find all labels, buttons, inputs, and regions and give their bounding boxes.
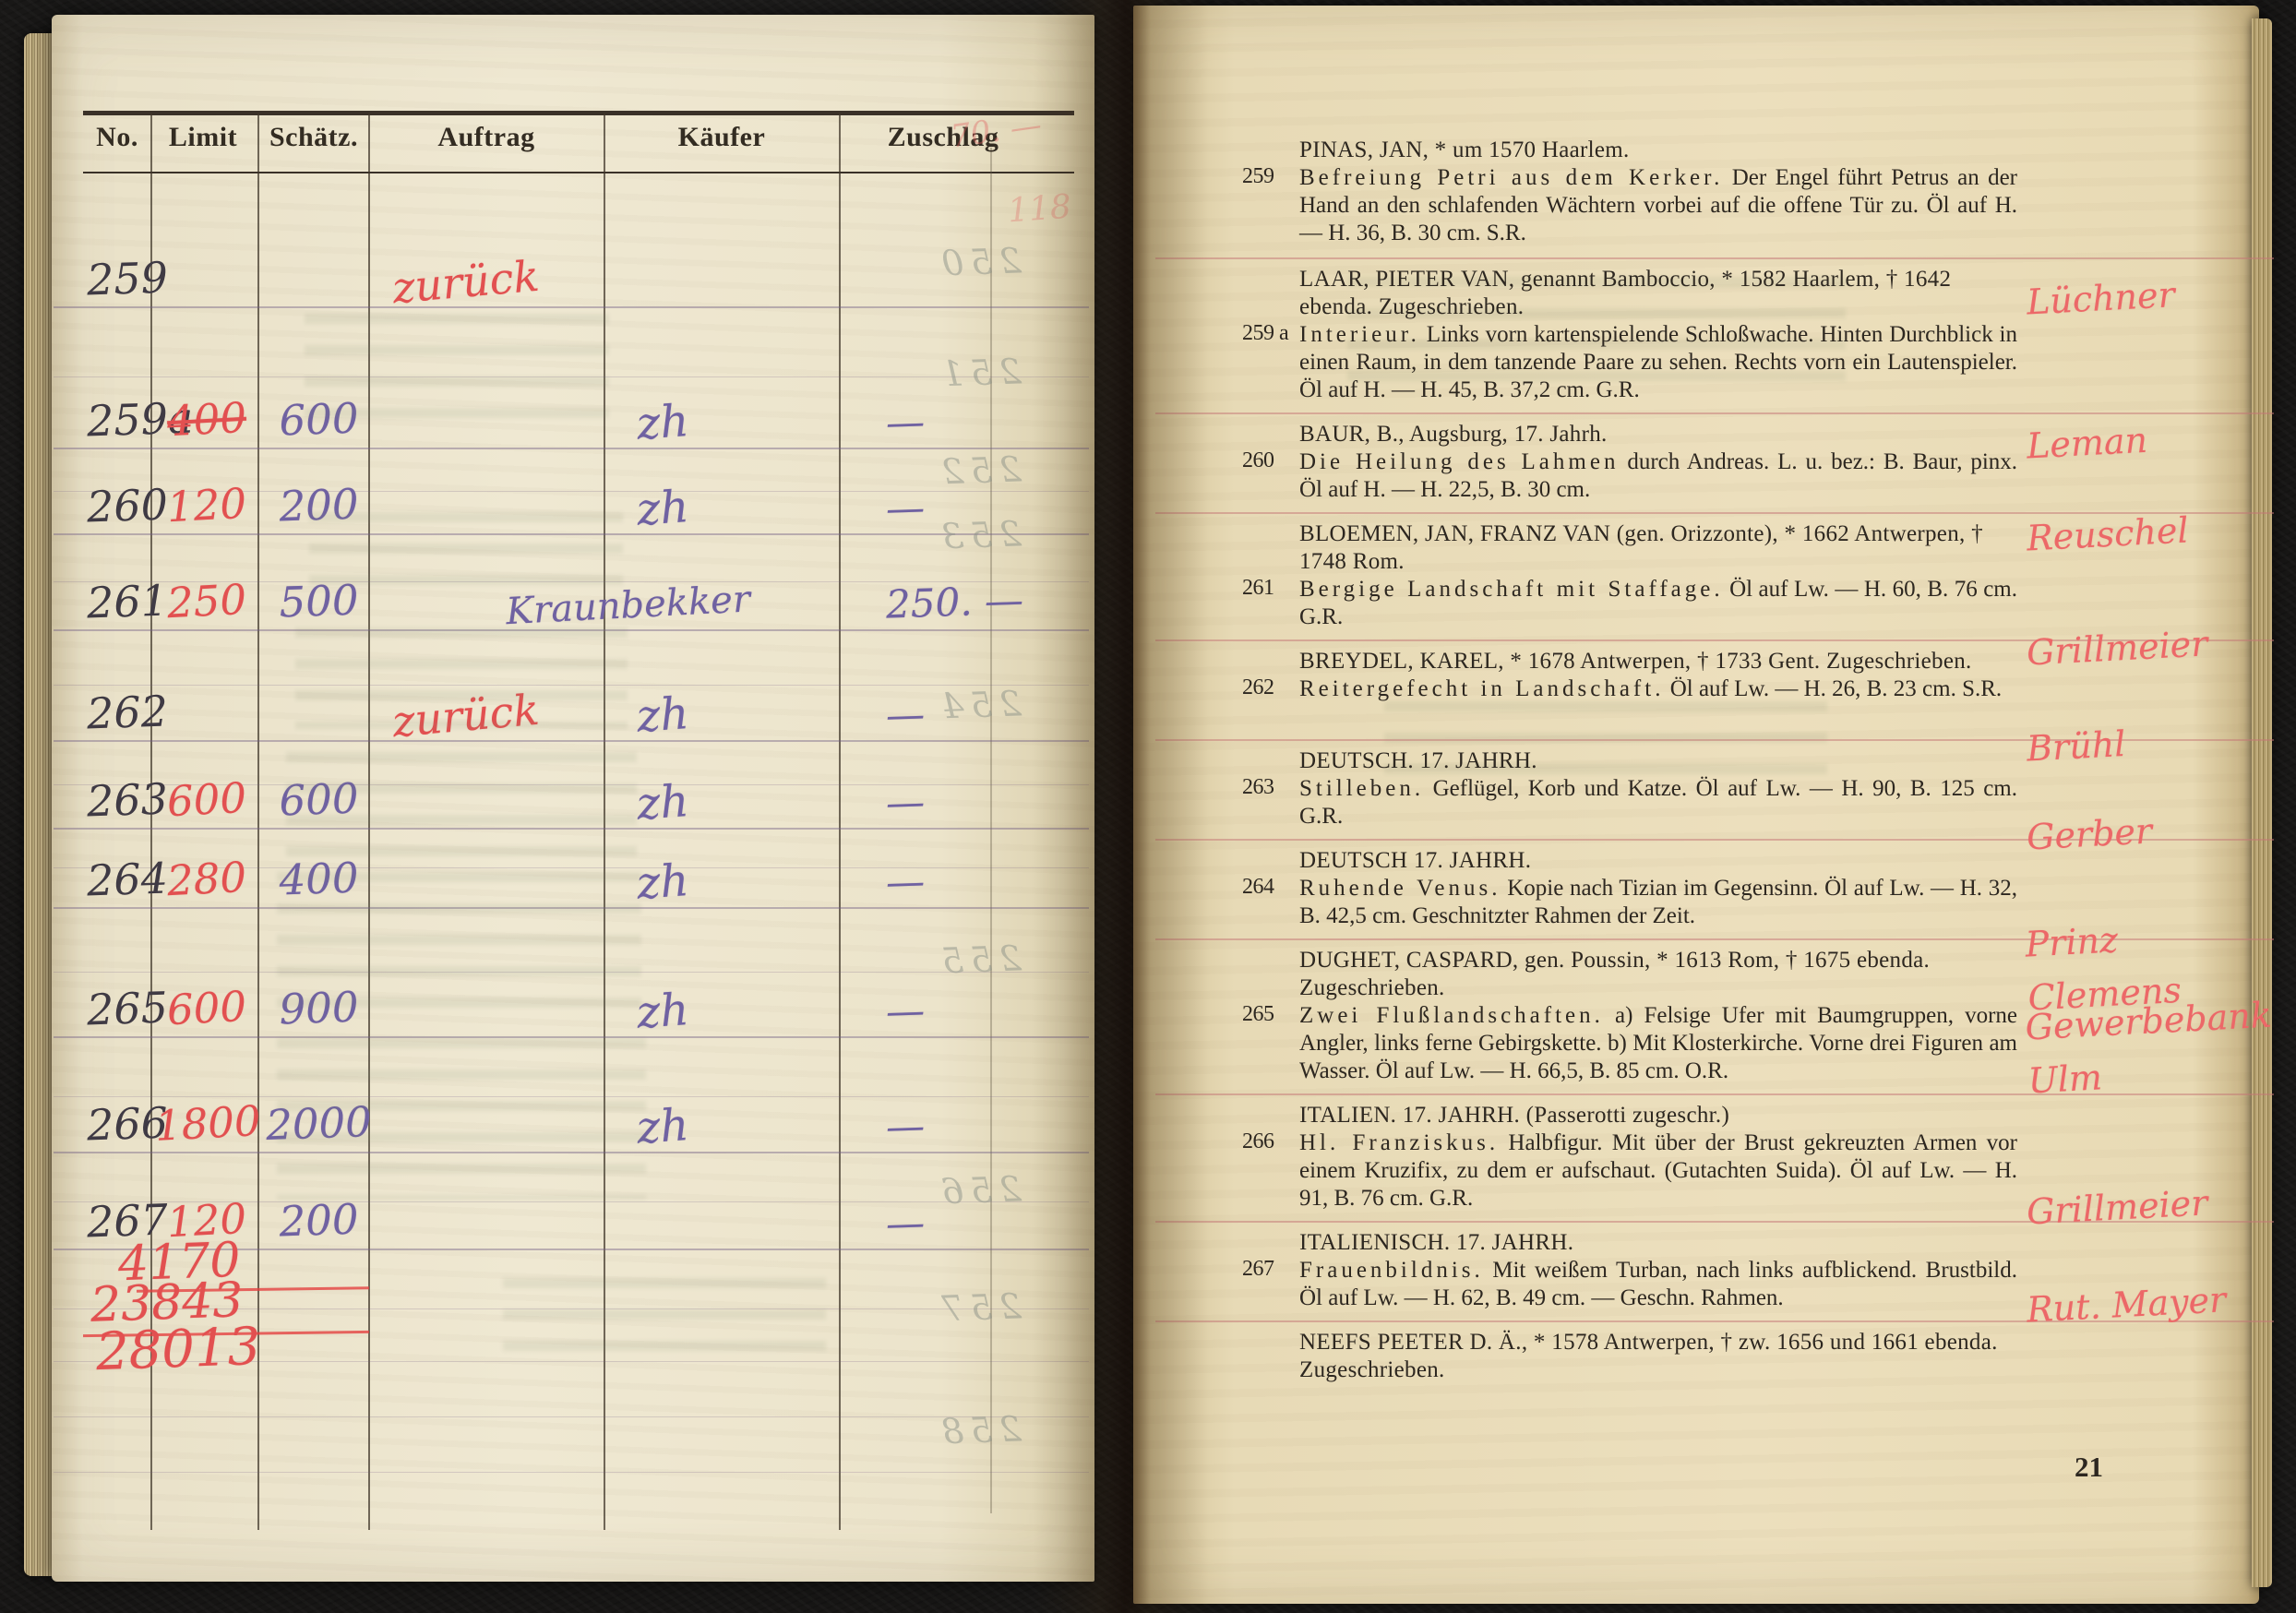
lot-entry: 264 Ruhende Venus. Kopie nach Tizian im … — [1299, 875, 2017, 930]
cell-limit: 280 — [153, 842, 260, 917]
cell-zuschlag: 250. — — [885, 563, 1082, 639]
cell-zuschlag: — — [885, 381, 1082, 458]
artist-line: BREYDEL, KAREL, * 1678 Antwerpen, † 1733… — [1299, 648, 2017, 675]
bleedthrough-number: 251 — [922, 351, 1034, 395]
cell-kaeufer: zh — [635, 466, 769, 545]
catalog-section: DUGHET, CASPARD, gen. Poussin, * 1613 Ro… — [1299, 947, 2017, 1085]
cell-limit: 400 — [153, 382, 260, 458]
cell-zuschlag: — — [885, 841, 1082, 917]
section-separator-line — [1155, 412, 2274, 414]
lot-description: Hl. Franziskus. Halbfigur. Mit über der … — [1299, 1129, 2017, 1213]
buyer-annotation: Gewerbebank Ulm — [2024, 989, 2260, 1108]
column-header-no: No. — [81, 122, 153, 153]
cell-limit: 250 — [153, 564, 260, 639]
bleedthrough-number: 252 — [922, 448, 1034, 493]
cell-kaeufer: zh — [635, 380, 769, 460]
column-header-kaeufer: Käufer — [607, 122, 836, 153]
lot-description: Reitergefecht in Landschaft. Öl auf Lw. … — [1299, 675, 2017, 703]
lot-title: Die Heilung des Lahmen — [1299, 449, 1619, 474]
lot-number: 259 a — [1242, 321, 1296, 346]
cell-kaeufer: zh — [635, 1084, 769, 1164]
lot-title: Befreiung Petri aus dem Kerker. — [1299, 165, 1723, 190]
sum-total: 28013 — [95, 1317, 261, 1382]
cell-lot-number: 259 — [86, 242, 172, 315]
catalog-section: ITALIEN. 17. JAHRH. (Passerotti zugeschr… — [1299, 1102, 2017, 1213]
cell-kaeufer: zh — [635, 760, 769, 840]
bleedthrough-number: 257 — [922, 1285, 1034, 1330]
lot-entry: 267 Frauenbildnis. Mit weißem Turban, na… — [1299, 1257, 2017, 1312]
lot-entry: 259 a Interieur. Links vorn kartenspiele… — [1299, 321, 2017, 404]
lot-text: Öl auf Lw. — H. 26, B. 23 cm. S.R. — [1670, 676, 2002, 701]
bleedthrough-number: 256 — [922, 1168, 1034, 1213]
lot-number: 264 — [1242, 875, 1296, 900]
bleedthrough-number: 253 — [922, 513, 1034, 557]
cell-limit: 120 — [153, 468, 260, 544]
cell-lot-number: 262 — [86, 675, 172, 748]
section-separator-line — [1155, 257, 2274, 259]
lot-number: 263 — [1242, 775, 1296, 800]
bleedthrough-text-shadow — [305, 314, 609, 424]
column-header-auftrag: Auftrag — [371, 122, 602, 153]
lot-description: Die Heilung des Lahmen durch Andreas. L.… — [1299, 448, 2017, 504]
catalog-section: BLOEMEN, JAN, FRANZ VAN (gen. Orizzonte)… — [1299, 520, 2017, 631]
cell-kaeufer: zh — [635, 840, 769, 919]
ruled-line-faint — [54, 1472, 1089, 1473]
bleedthrough-text-shadow — [286, 752, 637, 858]
catalog-section: DEUTSCH. 17. JAHRH. 263 Stilleben. Geflü… — [1299, 747, 2017, 830]
lot-description: Zwei Flußlandschaften. a) Felsige Ufer m… — [1299, 1002, 2017, 1085]
lot-title: Interieur. — [1299, 322, 1420, 347]
lot-title: Bergige Landschaft mit Staffage. — [1299, 577, 1724, 602]
cell-kaeufer: zh — [635, 969, 769, 1048]
artist-line: BLOEMEN, JAN, FRANZ VAN (gen. Orizzonte)… — [1299, 520, 2017, 576]
cell-zuschlag: — — [885, 970, 1082, 1046]
cell-limit: 1800 — [153, 1086, 260, 1162]
catalog-section: PINAS, JAN, * um 1570 Haarlem. 259 Befre… — [1299, 137, 2017, 247]
cell-limit: 600 — [153, 762, 260, 838]
table-top-border — [83, 111, 1074, 115]
catalog-section: NEEFS PEETER D. Ä., * 1578 Antwerpen, † … — [1299, 1329, 2017, 1384]
artist-line: BAUR, B., Augsburg, 17. Jahrh. — [1299, 421, 2017, 448]
catalog-section: BAUR, B., Augsburg, 17. Jahrh. 260 Die H… — [1299, 421, 2017, 504]
artist-line: DEUTSCH. 17. JAHRH. — [1299, 747, 2017, 775]
lot-number: 259 — [1242, 164, 1296, 189]
lot-entry: 261 Bergige Landschaft mit Staffage. Öl … — [1299, 576, 2017, 631]
bleedthrough-number: 258 — [922, 1408, 1034, 1452]
lot-description: Frauenbildnis. Mit weißem Turban, nach l… — [1299, 1257, 2017, 1312]
cell-limit: 600 — [153, 971, 260, 1046]
cell-zuschlag: — — [885, 1085, 1082, 1162]
lot-description: Stilleben. Geflügel, Korb und Katze. Öl … — [1299, 775, 2017, 830]
lot-title: Zwei Flußlandschaften. — [1299, 1003, 1604, 1028]
lot-title: Ruhende Venus. — [1299, 876, 1501, 901]
column-header-schaetz: Schätz. — [262, 122, 365, 153]
lot-number: 262 — [1242, 675, 1296, 700]
cell-auftrag: zurück — [389, 234, 616, 324]
lot-entry: 265 Zwei Flußlandschaften. a) Felsige Uf… — [1299, 1002, 2017, 1085]
lot-number: 267 — [1242, 1257, 1296, 1282]
faint-bleed-mark: 118 — [1007, 188, 1072, 231]
lot-number: 261 — [1242, 576, 1296, 601]
lot-entry: 266 Hl. Franziskus. Halbfigur. Mit über … — [1299, 1129, 2017, 1213]
lot-entry: 260 Die Heilung des Lahmen durch Andreas… — [1299, 448, 2017, 504]
bleedthrough-text-shadow — [309, 512, 623, 595]
bleedthrough-text-shadow — [277, 872, 641, 1010]
lot-entry: 262 Reitergefecht in Landschaft. Öl auf … — [1299, 675, 2017, 703]
page-number: 21 — [2075, 1451, 2103, 1484]
lot-number: 265 — [1242, 1002, 1296, 1027]
lot-number: 260 — [1242, 448, 1296, 473]
artist-line: ITALIEN. 17. JAHRH. (Passerotti zugeschr… — [1299, 1102, 2017, 1129]
cell-kaeufer: zh — [635, 673, 769, 752]
column-header-limit: Limit — [155, 122, 251, 153]
bleedthrough-number: 250 — [922, 240, 1034, 284]
catalog-section: BREYDEL, KAREL, * 1678 Antwerpen, † 1733… — [1299, 648, 2017, 703]
table-header-underline — [83, 172, 1074, 173]
catalog-section: DEUTSCH 17. JAHRH. 264 Ruhende Venus. Ko… — [1299, 847, 2017, 930]
bleedthrough-number: 254 — [922, 683, 1034, 727]
lot-title: Stilleben. — [1299, 776, 1424, 801]
catalog-section: ITALIENISCH. 17. JAHRH. 267 Frauenbildni… — [1299, 1229, 2017, 1312]
lot-title: Hl. Franziskus. — [1299, 1130, 1499, 1155]
bleedthrough-text-shadow — [503, 1278, 826, 1356]
lot-description: Ruhende Venus. Kopie nach Tizian im Gege… — [1299, 875, 2017, 930]
artist-line: DEUTSCH 17. JAHRH. — [1299, 847, 2017, 875]
lot-title: Frauenbildnis. — [1299, 1258, 1484, 1283]
lot-description: Bergige Landschaft mit Staffage. Öl auf … — [1299, 576, 2017, 631]
artist-line: NEEFS PEETER D. Ä., * 1578 Antwerpen, † … — [1299, 1329, 2017, 1384]
artist-line: ITALIENISCH. 17. JAHRH. — [1299, 1229, 2017, 1257]
lot-description: Interieur. Links vorn kartenspielende Sc… — [1299, 321, 2017, 404]
artist-line: DUGHET, CASPARD, gen. Poussin, * 1613 Ro… — [1299, 947, 2017, 1002]
bleedthrough-number: 255 — [922, 938, 1034, 982]
bleedthrough-text-shadow — [277, 1038, 646, 1200]
lot-title: Reitergefecht in Landschaft. — [1299, 676, 1664, 701]
bleedthrough-text-shadow — [295, 627, 628, 729]
artist-line: LAAR, PIETER VAN, genannt Bamboccio, * 1… — [1299, 266, 2017, 321]
artist-line: PINAS, JAN, * um 1570 Haarlem. — [1299, 137, 2017, 164]
lot-number: 266 — [1242, 1129, 1296, 1154]
lot-description: Befreiung Petri aus dem Kerker. Der Enge… — [1299, 164, 2017, 247]
cell-zuschlag: — — [885, 761, 1082, 838]
catalog-section: LAAR, PIETER VAN, genannt Bamboccio, * 1… — [1299, 266, 2017, 404]
lot-entry: 259 Befreiung Petri aus dem Kerker. Der … — [1299, 164, 2017, 247]
lot-entry: 263 Stilleben. Geflügel, Korb und Katze.… — [1299, 775, 2017, 830]
